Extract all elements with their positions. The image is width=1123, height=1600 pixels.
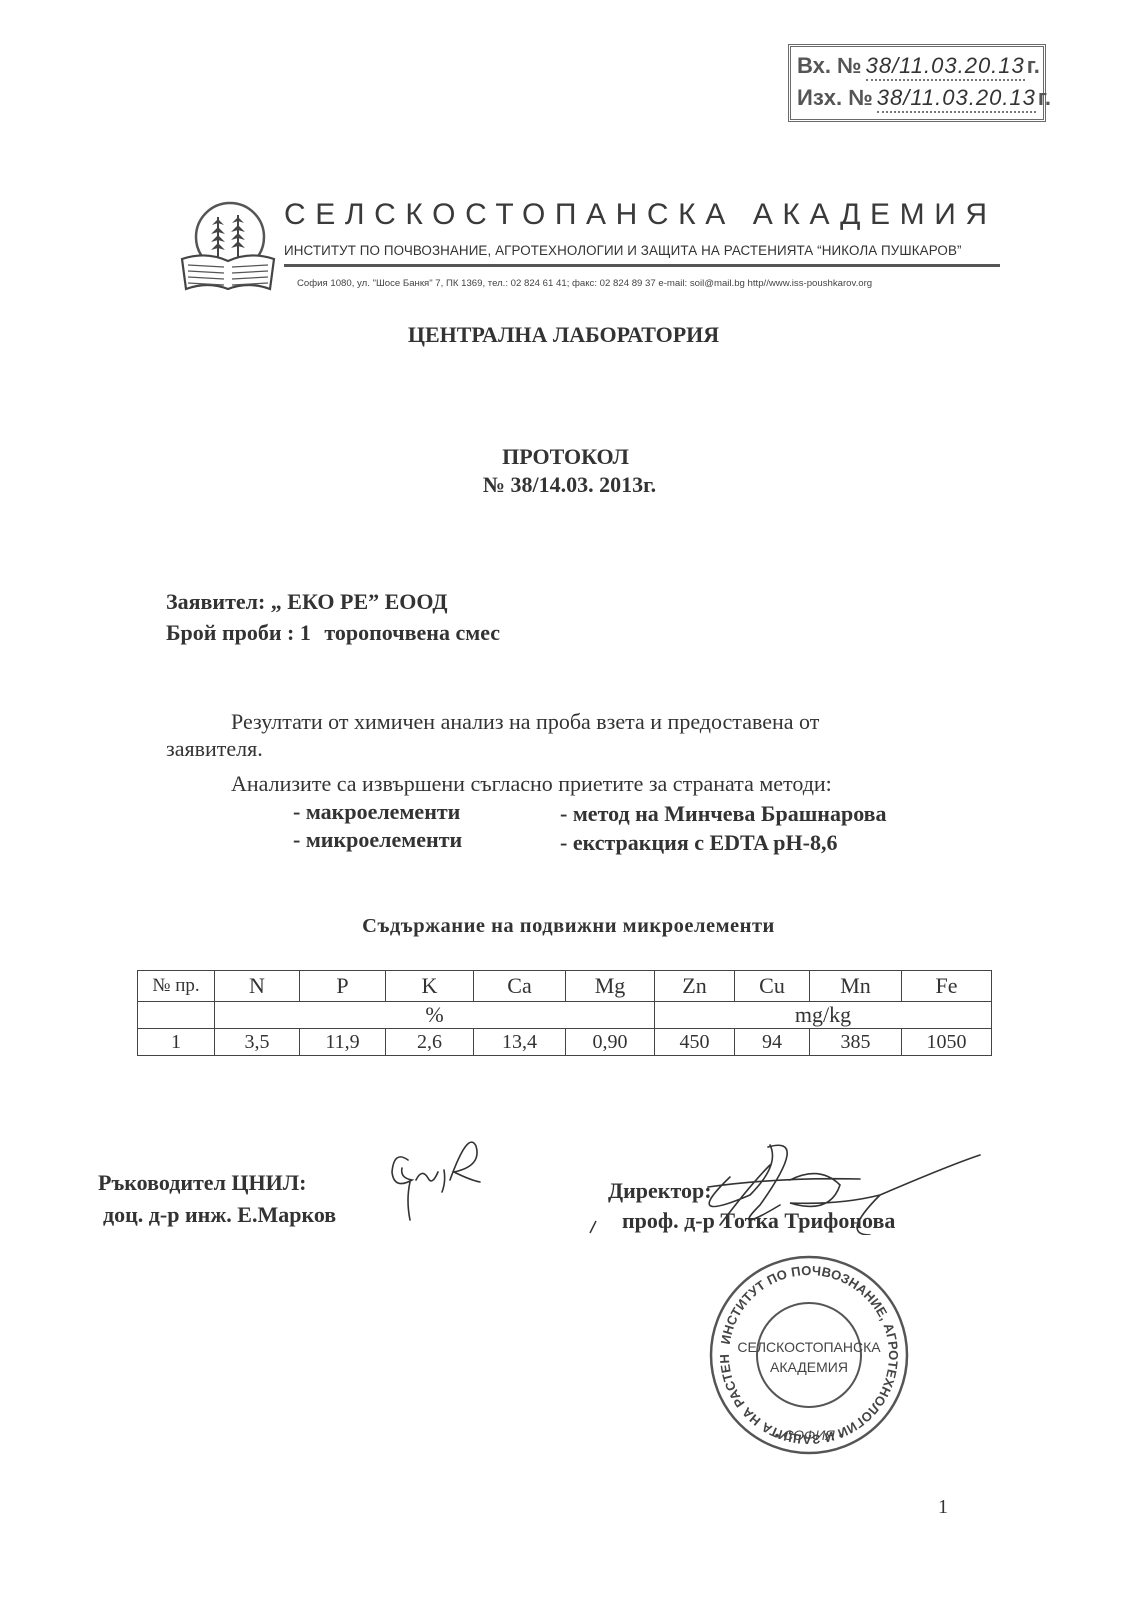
table-cell: 2,6	[386, 1029, 474, 1056]
incoming-value: 38/11.03.20.13	[866, 53, 1025, 81]
incoming-number-line: Вх. № 38/11.03.20.13 г.	[797, 53, 1037, 85]
page-number: 1	[938, 1496, 948, 1519]
seal-bottom-text: • СОФИЯ •	[774, 1427, 843, 1443]
incoming-suffix: г.	[1027, 53, 1040, 79]
sample-count-label: Брой проби : 1	[166, 620, 311, 645]
column-header: Zn	[655, 971, 735, 1002]
seal-inner-line1: СЕЛСКОСТОПАНСКА	[737, 1339, 881, 1355]
sample-description: торопочвена смес	[324, 620, 500, 645]
column-header: P	[300, 971, 386, 1002]
table-cell: 450	[655, 1029, 735, 1056]
lab-head-title: Ръководител ЦНИЛ:	[98, 1170, 306, 1196]
table-cell: 1	[138, 1029, 215, 1056]
column-header: K	[386, 971, 474, 1002]
outgoing-value: 38/11.03.20.13	[877, 85, 1036, 113]
method-name: - макроелементи	[293, 799, 460, 825]
method-description: - метод на Минчева Брашнарова	[560, 801, 887, 827]
table-row: 1 3,5 11,9 2,6 13,4 0,90 450 94 385 1050	[138, 1029, 992, 1056]
table-header-row: № пр. N P K Ca Mg Zn Cu Mn Fe	[138, 971, 992, 1002]
wheat-book-logo-icon	[178, 197, 278, 293]
outgoing-number-line: Изх. № 38/11.03.20.13 г.	[797, 85, 1037, 117]
seal-inner-line2: АКАДЕМИЯ	[770, 1359, 848, 1375]
institute-address: София 1080, ул. "Шосе Банкя" 7, ПК 1369,…	[297, 278, 872, 289]
lab-head-name: доц. д-р инж. Е.Марков	[103, 1202, 336, 1228]
institute-name: ИНСТИТУТ ПО ПОЧВОЗНАНИЕ, АГРОТЕХНОЛОГИИ …	[284, 243, 962, 258]
methods-paragraph: Анализите са извършени съгласно приетите…	[231, 771, 832, 797]
table-cell: 11,9	[300, 1029, 386, 1056]
outgoing-suffix: г.	[1038, 85, 1051, 111]
director-name: проф. д-р Тотка Трифонова	[622, 1208, 895, 1234]
results-table: № пр. N P K Ca Mg Zn Cu Mn Fe % mg/kg 1 …	[137, 970, 992, 1056]
outgoing-label: Изх. №	[797, 85, 873, 111]
director-title: Директор:	[608, 1178, 712, 1204]
column-header: Fe	[902, 971, 992, 1002]
column-header: Mg	[566, 971, 655, 1002]
table-cell: 0,90	[566, 1029, 655, 1056]
empty-cell	[138, 1002, 215, 1029]
table-cell: 13,4	[474, 1029, 566, 1056]
sample-count: Брой проби : 1 торопочвена смес	[166, 620, 500, 646]
units-percent: %	[215, 1002, 655, 1029]
applicant: Заявител: „ ЕКО РЕ” ЕООД	[166, 589, 448, 615]
results-paragraph-continued: заявителя.	[166, 736, 263, 762]
column-header: Mn	[810, 971, 902, 1002]
table-units-row: % mg/kg	[138, 1002, 992, 1029]
results-paragraph: Резултати от химичен анализ на проба взе…	[231, 709, 819, 735]
academy-name: СЕЛСКОСТОПАНСКА АКАДЕМИЯ	[284, 198, 997, 232]
table-cell: 1050	[902, 1029, 992, 1056]
column-header: N	[215, 971, 300, 1002]
column-header: Ca	[474, 971, 566, 1002]
units-mg-per-kg: mg/kg	[655, 1002, 992, 1029]
incoming-label: Вх. №	[797, 53, 862, 79]
lab-title: ЦЕНТРАЛНА ЛАБОРАТОРИЯ	[0, 322, 1123, 348]
table-cell: 3,5	[215, 1029, 300, 1056]
official-seal-icon: ИНСТИТУТ ПО ПОЧВОЗНАНИЕ, АГРОТЕХНОЛОГИИ …	[704, 1250, 914, 1460]
lab-head-signature-icon	[380, 1120, 490, 1230]
table-cell: 94	[735, 1029, 810, 1056]
column-header: Cu	[735, 971, 810, 1002]
table-cell: 385	[810, 1029, 902, 1056]
method-description: - екстракция с EDTA pH-8,6	[560, 830, 837, 856]
protocol-number: № 38/14.03. 2013г.	[0, 472, 1123, 498]
column-header: № пр.	[138, 971, 215, 1002]
protocol-title: ПРОТОКОЛ	[0, 444, 1123, 470]
registration-stamp: Вх. № 38/11.03.20.13 г. Изх. № 38/11.03.…	[788, 44, 1046, 122]
letterhead-divider	[284, 264, 1000, 267]
table-title: Съдържание на подвижни микроелементи	[0, 915, 1123, 938]
method-name: - микроелементи	[293, 827, 462, 853]
